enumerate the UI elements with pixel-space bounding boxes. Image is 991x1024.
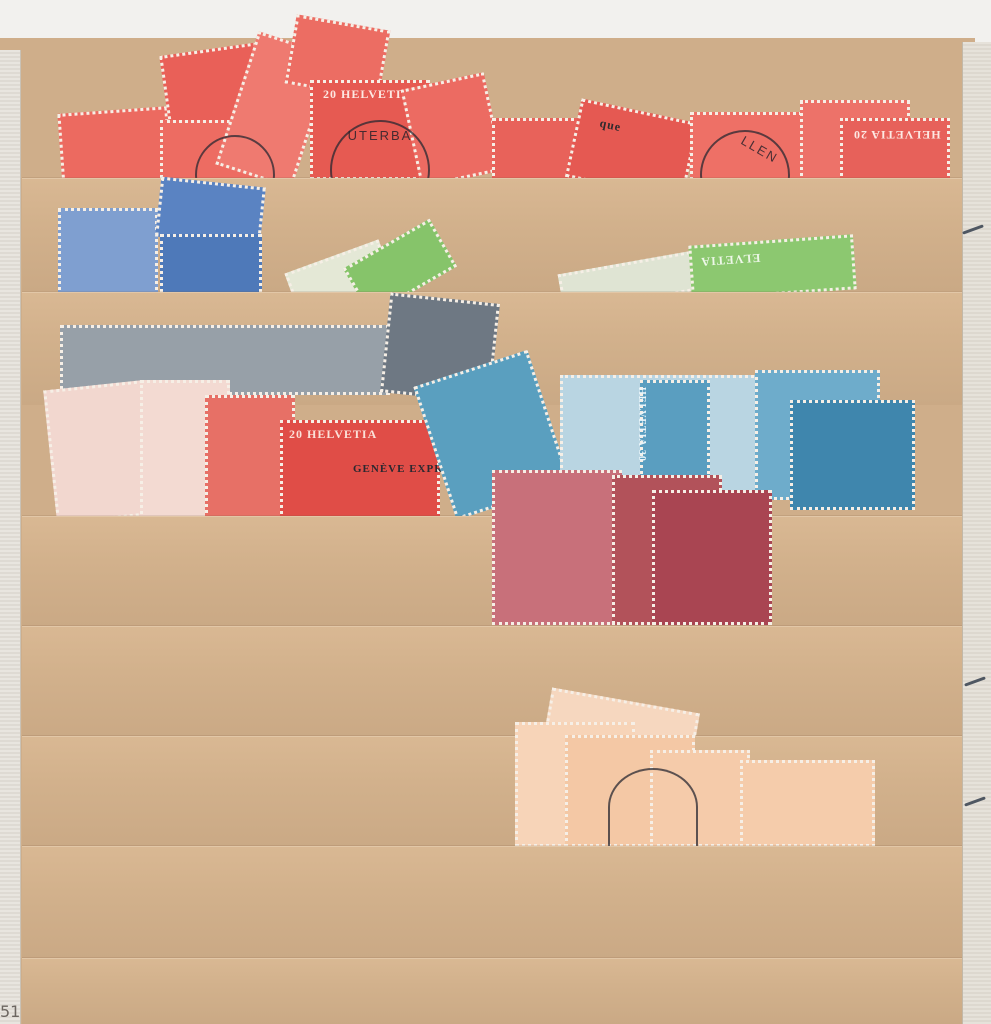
stamp-text: 20 HELVETIA xyxy=(289,427,377,442)
stamp-text: HELVETIA 30 xyxy=(636,387,647,462)
binding-right xyxy=(962,42,991,1024)
stamp-text: 20 HELVETIA xyxy=(323,87,411,102)
stamp-orange xyxy=(740,760,875,847)
stamp-blue xyxy=(58,208,158,298)
stamp-blue xyxy=(160,234,262,298)
stamp-red: 20 HELVETIA GENÈVE EXPRES xyxy=(280,420,440,520)
stamp-green: ELVETIA xyxy=(688,234,856,300)
stamp-text: ELVETIA xyxy=(700,250,761,269)
postmark-text: UTERBA xyxy=(348,128,413,143)
stamp-text: que xyxy=(598,116,622,135)
stamp-text: HELVETIA 20 xyxy=(853,127,941,142)
pencil-annotation: 51 xyxy=(0,1002,20,1021)
binding-left xyxy=(0,50,21,1024)
stamp-maroon xyxy=(652,490,772,625)
pocket-4 xyxy=(22,626,962,739)
postmark xyxy=(608,768,698,846)
stamp-teal: HELVETIA 30 xyxy=(640,380,710,480)
stamp-teal xyxy=(790,400,915,510)
pocket-6 xyxy=(22,846,962,959)
pocket-7 xyxy=(22,958,962,1024)
stamp-maroon xyxy=(492,470,622,625)
